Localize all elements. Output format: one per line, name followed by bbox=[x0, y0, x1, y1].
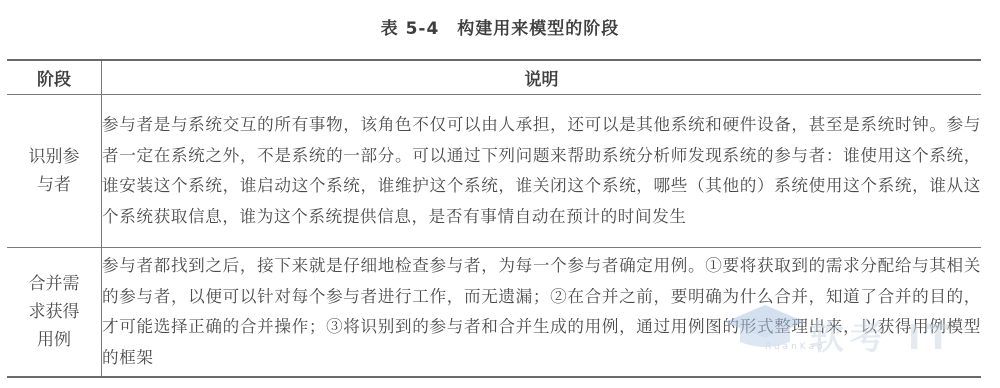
description-cell: 参与者是与系统交互的所有事物，该角色不仅可以由人承担，还可以是其他系统和硬件设备… bbox=[102, 95, 982, 248]
stage-cell: 合并需求获得用例 bbox=[7, 248, 102, 378]
table-caption: 表 5-4 构建用来模型的阶段 bbox=[0, 14, 1000, 39]
table-header-row: 阶段 说明 bbox=[7, 60, 981, 95]
stage-label: 识别参与者 bbox=[26, 143, 82, 199]
header-description: 说明 bbox=[102, 60, 982, 95]
table-row: 识别参与者 参与者是与系统交互的所有事物，该角色不仅可以由人承担，还可以是其他系… bbox=[7, 95, 981, 248]
description-cell: 参与者都找到之后，接下来就是仔细地检查参与者，为每一个参与者确定用例。①要将获取… bbox=[102, 248, 982, 378]
stage-label: 合并需求获得用例 bbox=[26, 270, 82, 354]
table-row: 合并需求获得用例 参与者都找到之后，接下来就是仔细地检查参与者，为每一个参与者确… bbox=[7, 248, 981, 378]
stages-table: 阶段 说明 识别参与者 参与者是与系统交互的所有事物，该角色不仅可以由人承担，还… bbox=[7, 59, 981, 378]
stage-cell: 识别参与者 bbox=[7, 95, 102, 248]
header-stage: 阶段 bbox=[7, 60, 102, 95]
